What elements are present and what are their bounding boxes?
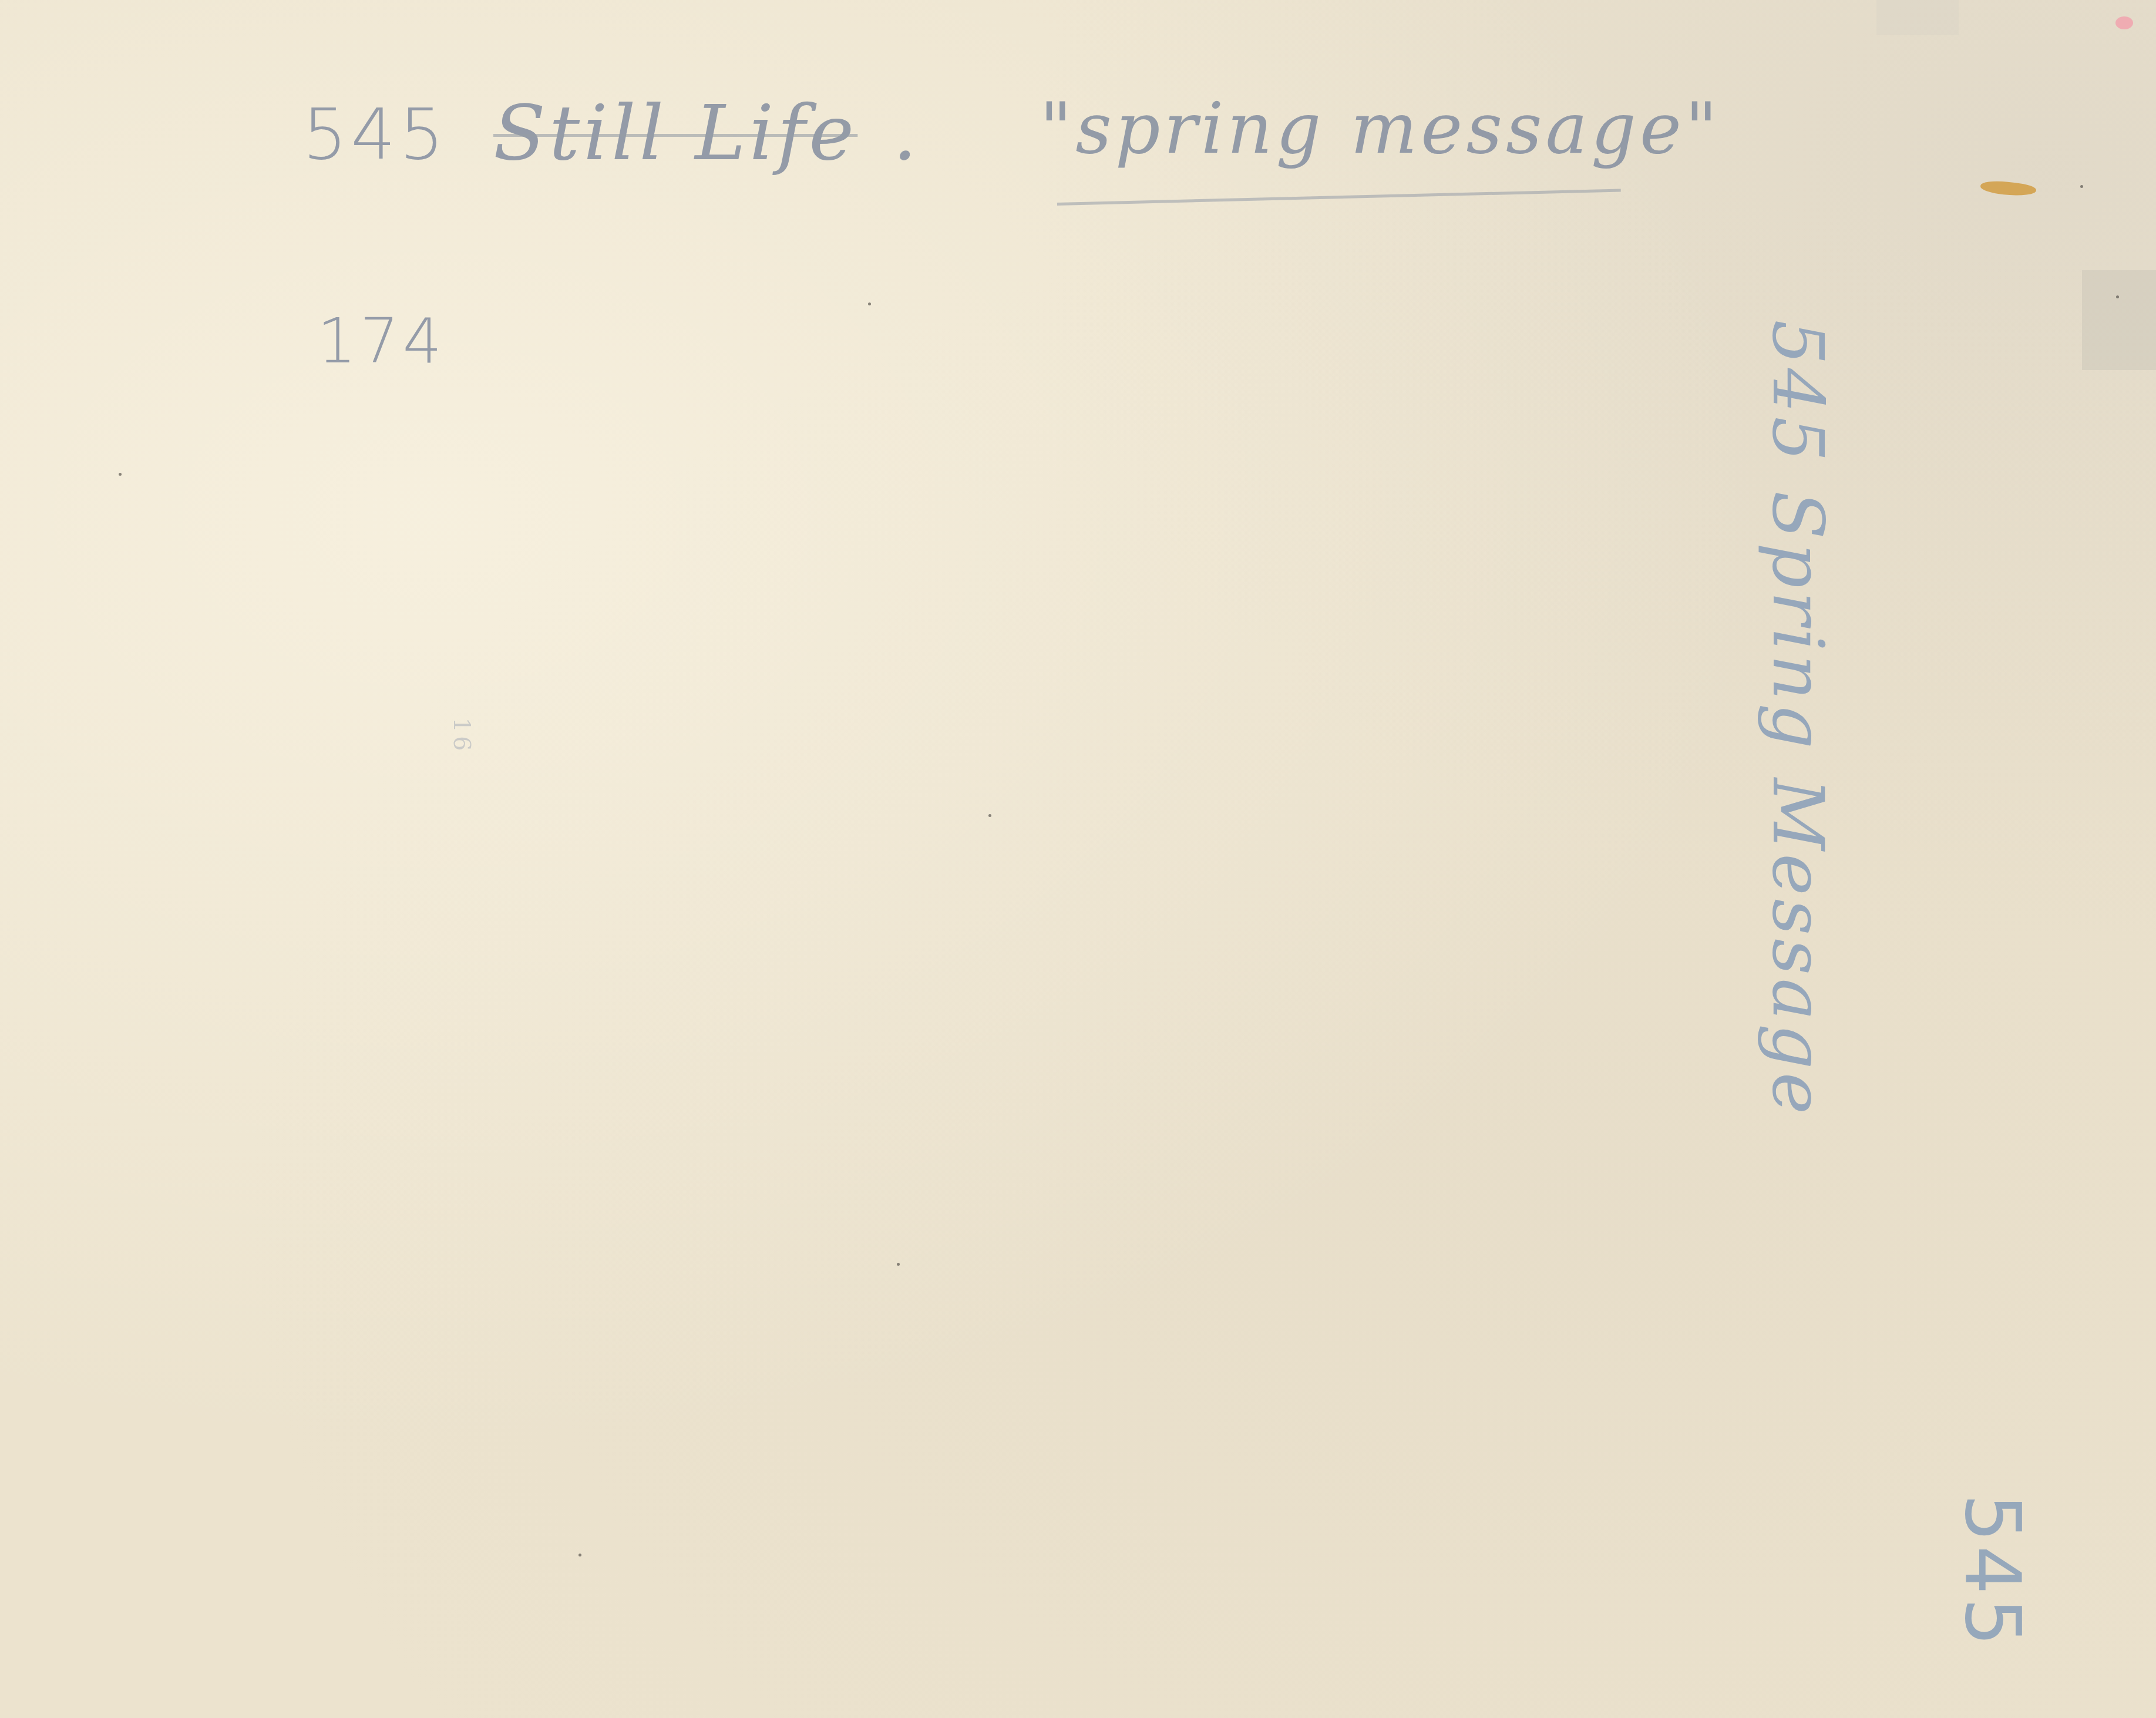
bottom-corner-number: 545	[1948, 1494, 2037, 1650]
paper-fold-shadow-right	[2082, 270, 2156, 370]
catalog-number: 174	[317, 305, 445, 377]
paper-speck	[897, 1263, 900, 1266]
title-period: .	[893, 88, 920, 177]
paper-speck	[988, 814, 991, 817]
paper-speck	[2116, 295, 2119, 298]
pink-dot-mark	[2115, 16, 2133, 29]
vertical-title-note: 545 Spring Message	[1757, 320, 1838, 1054]
struck-out-title: Still Life	[493, 88, 857, 177]
title-number: 545	[302, 94, 448, 176]
faint-pencil-mark: 16	[448, 718, 475, 755]
paper-sheet: 545 Still Life . "spring message" 174 16…	[0, 0, 2156, 1718]
paper-fold-shadow-top	[1876, 0, 1959, 35]
paper-speck	[868, 302, 871, 305]
paper-speck	[578, 1554, 581, 1556]
quoted-title: "spring message"	[1040, 88, 1721, 170]
paper-speck	[119, 473, 122, 476]
orange-stain-mark	[1980, 179, 2037, 198]
title-underline	[1057, 189, 1621, 206]
paper-speck	[2080, 185, 2083, 188]
